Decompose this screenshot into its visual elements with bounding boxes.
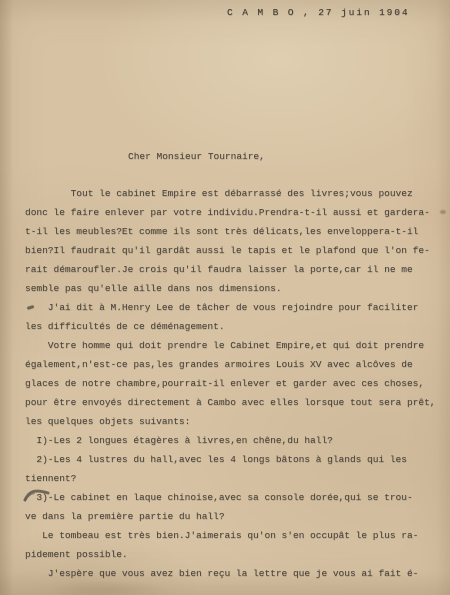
letter-line: pidement possible. bbox=[25, 545, 445, 564]
letter-line: ve dans la première partie du hall? bbox=[25, 507, 445, 526]
letter-dateline: C A M B O , 27 juin 1904 bbox=[227, 6, 409, 20]
letter-line: 3)-Le cabinet en laque chinoise,avec sa … bbox=[25, 488, 445, 507]
letter-line: tiennent? bbox=[25, 469, 445, 488]
letter-line: Le tombeau est très bien.J'aimerais qu'o… bbox=[25, 526, 445, 545]
letter-line: J'ai dit à M.Henry Lee de tâcher de vous… bbox=[25, 298, 445, 317]
pencil-check-mark bbox=[23, 486, 51, 504]
paper-stain-speck bbox=[440, 210, 446, 214]
letter-line: donc le faire enlever par votre individu… bbox=[25, 203, 445, 222]
letter-line: les difficultés de ce déménagement. bbox=[25, 317, 445, 336]
letter-line: pour être envoyés directement à Cambo av… bbox=[25, 393, 445, 412]
paper-stain-bottom bbox=[50, 580, 170, 595]
letter-line: glaces de notre chambre,pourrait-il enle… bbox=[25, 374, 445, 393]
letter-line: semble pas qu'elle aille dans nos dimens… bbox=[25, 279, 445, 298]
letter-line: 2)-Les 4 lustres du hall,avec les 4 long… bbox=[25, 450, 445, 469]
letter-line: bien?Il faudrait qu'il gardât aussi le t… bbox=[25, 241, 445, 260]
letter-salutation: Cher Monsieur Tournaire, bbox=[128, 147, 265, 166]
letter-line: les quelques objets suivants: bbox=[25, 412, 445, 431]
letter-page: C A M B O , 27 juin 1904 Cher Monsieur T… bbox=[0, 0, 450, 595]
letter-line: t-il les meubles?Et comme ils sont très … bbox=[25, 222, 445, 241]
letter-line: I)-Les 2 longues étagères à livres,en ch… bbox=[25, 431, 445, 450]
letter-line: Tout le cabinet Empire est débarrassé de… bbox=[25, 184, 445, 203]
letter-line: rait démaroufler.Je crois qu'il faudra l… bbox=[25, 260, 445, 279]
letter-body: Tout le cabinet Empire est débarrassé de… bbox=[25, 184, 445, 583]
letter-line: également,n'est-ce pas,les grandes armoi… bbox=[25, 355, 445, 374]
letter-line: Votre homme qui doit prendre le Cabinet … bbox=[25, 336, 445, 355]
